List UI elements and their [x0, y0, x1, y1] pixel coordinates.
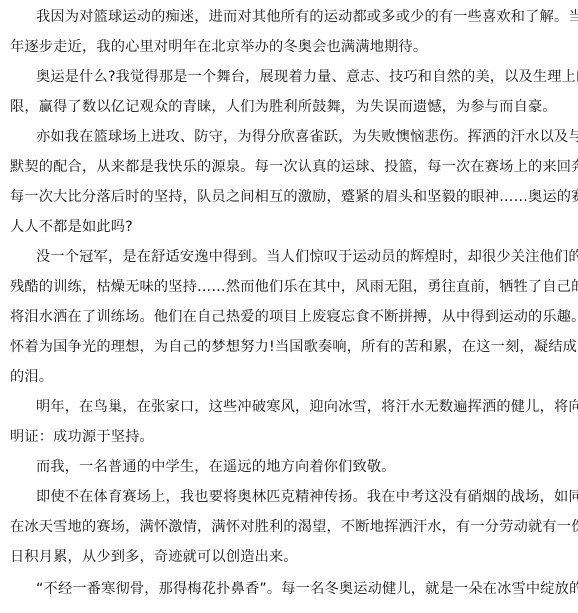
text-line: 即使不在体育赛场上，我也要将奥林匹克精神传扬。我在中考这没有硝烟的战场，如同你们	[36, 482, 578, 512]
text-line: 日积月累，从少到多，奇迹就可以创造出来。	[10, 542, 298, 572]
text-line: 的泪。	[10, 362, 53, 392]
text-line: 明年，在鸟巢，在张家口，这些冲破寒风，迎向冰雪，将汗水无数遍挥洒的健儿，将向世人	[36, 392, 578, 422]
text-line: 默契的配合，从来都是我快乐的源泉。每一次认真的运球、投篮，每一次在赛场上的来回奔…	[10, 152, 578, 182]
text-line: 限，赢得了数以亿记观众的青睐，人们为胜利所鼓舞，为失误而遗憾，为参与而自豪。	[10, 92, 557, 122]
text-line: 残酷的训练，枯燥无味的坚持……然而他们乐在其中，风雨无阻，勇往直前，牺牲了自己的…	[10, 272, 578, 302]
text-line: 在冰天雪地的赛场，满怀激情，满怀对胜利的渴望，不断地挥洒汗水，有一分劳动就有一份…	[10, 512, 578, 542]
text-line: 怀着为国争光的理想，为自己的梦想努力!当国歌奏响，所有的苦和累，在这一刻，凝结成…	[10, 332, 578, 362]
text-line: 人人不都是如此吗?	[10, 212, 133, 242]
text-line: 而我，一名普通的中学生，在遥远的地方向着你们致敬。	[36, 452, 396, 482]
text-line: 年逐步走近，我的心里对明年在北京举办的冬奥会也满满地期待。	[10, 32, 427, 62]
text-line: 奥运是什么?我觉得那是一个舞台，展现着力量、意志、技巧和自然的美，以及生理上的极	[36, 62, 578, 92]
text-line: 我因为对篮球运动的痴迷，进而对其他所有的运动都或多或少的有一些喜欢和了解。当 2…	[36, 2, 578, 32]
text-line: 明证：成功源于坚持。	[10, 422, 154, 452]
text-line: 没一个冠军，是在舒适安逸中得到。当人们惊叹于运动员的辉煌时，却很少关注他们的日常…	[36, 242, 578, 272]
text-line: 亦如我在篮球场上进攻、防守，为得分欣喜雀跃，为失败懊恼悲伤。挥洒的汗水以及与队友	[36, 122, 578, 152]
text-line: 将泪水洒在了训练场。他们在自己热爱的项目上废寝忘食不断拼搏，从中得到运动的乐趣。…	[10, 302, 578, 332]
text-line: “不经一番寒彻骨，那得梅花扑鼻香”。每一名冬奥运动健儿，就是一朵在冰雪中绽放的梅…	[36, 574, 578, 604]
text-line: 每一次大比分落后时的坚持，队员之间相互的激励，蹙紧的眉头和坚毅的眼神……奥运的赛…	[10, 182, 578, 212]
